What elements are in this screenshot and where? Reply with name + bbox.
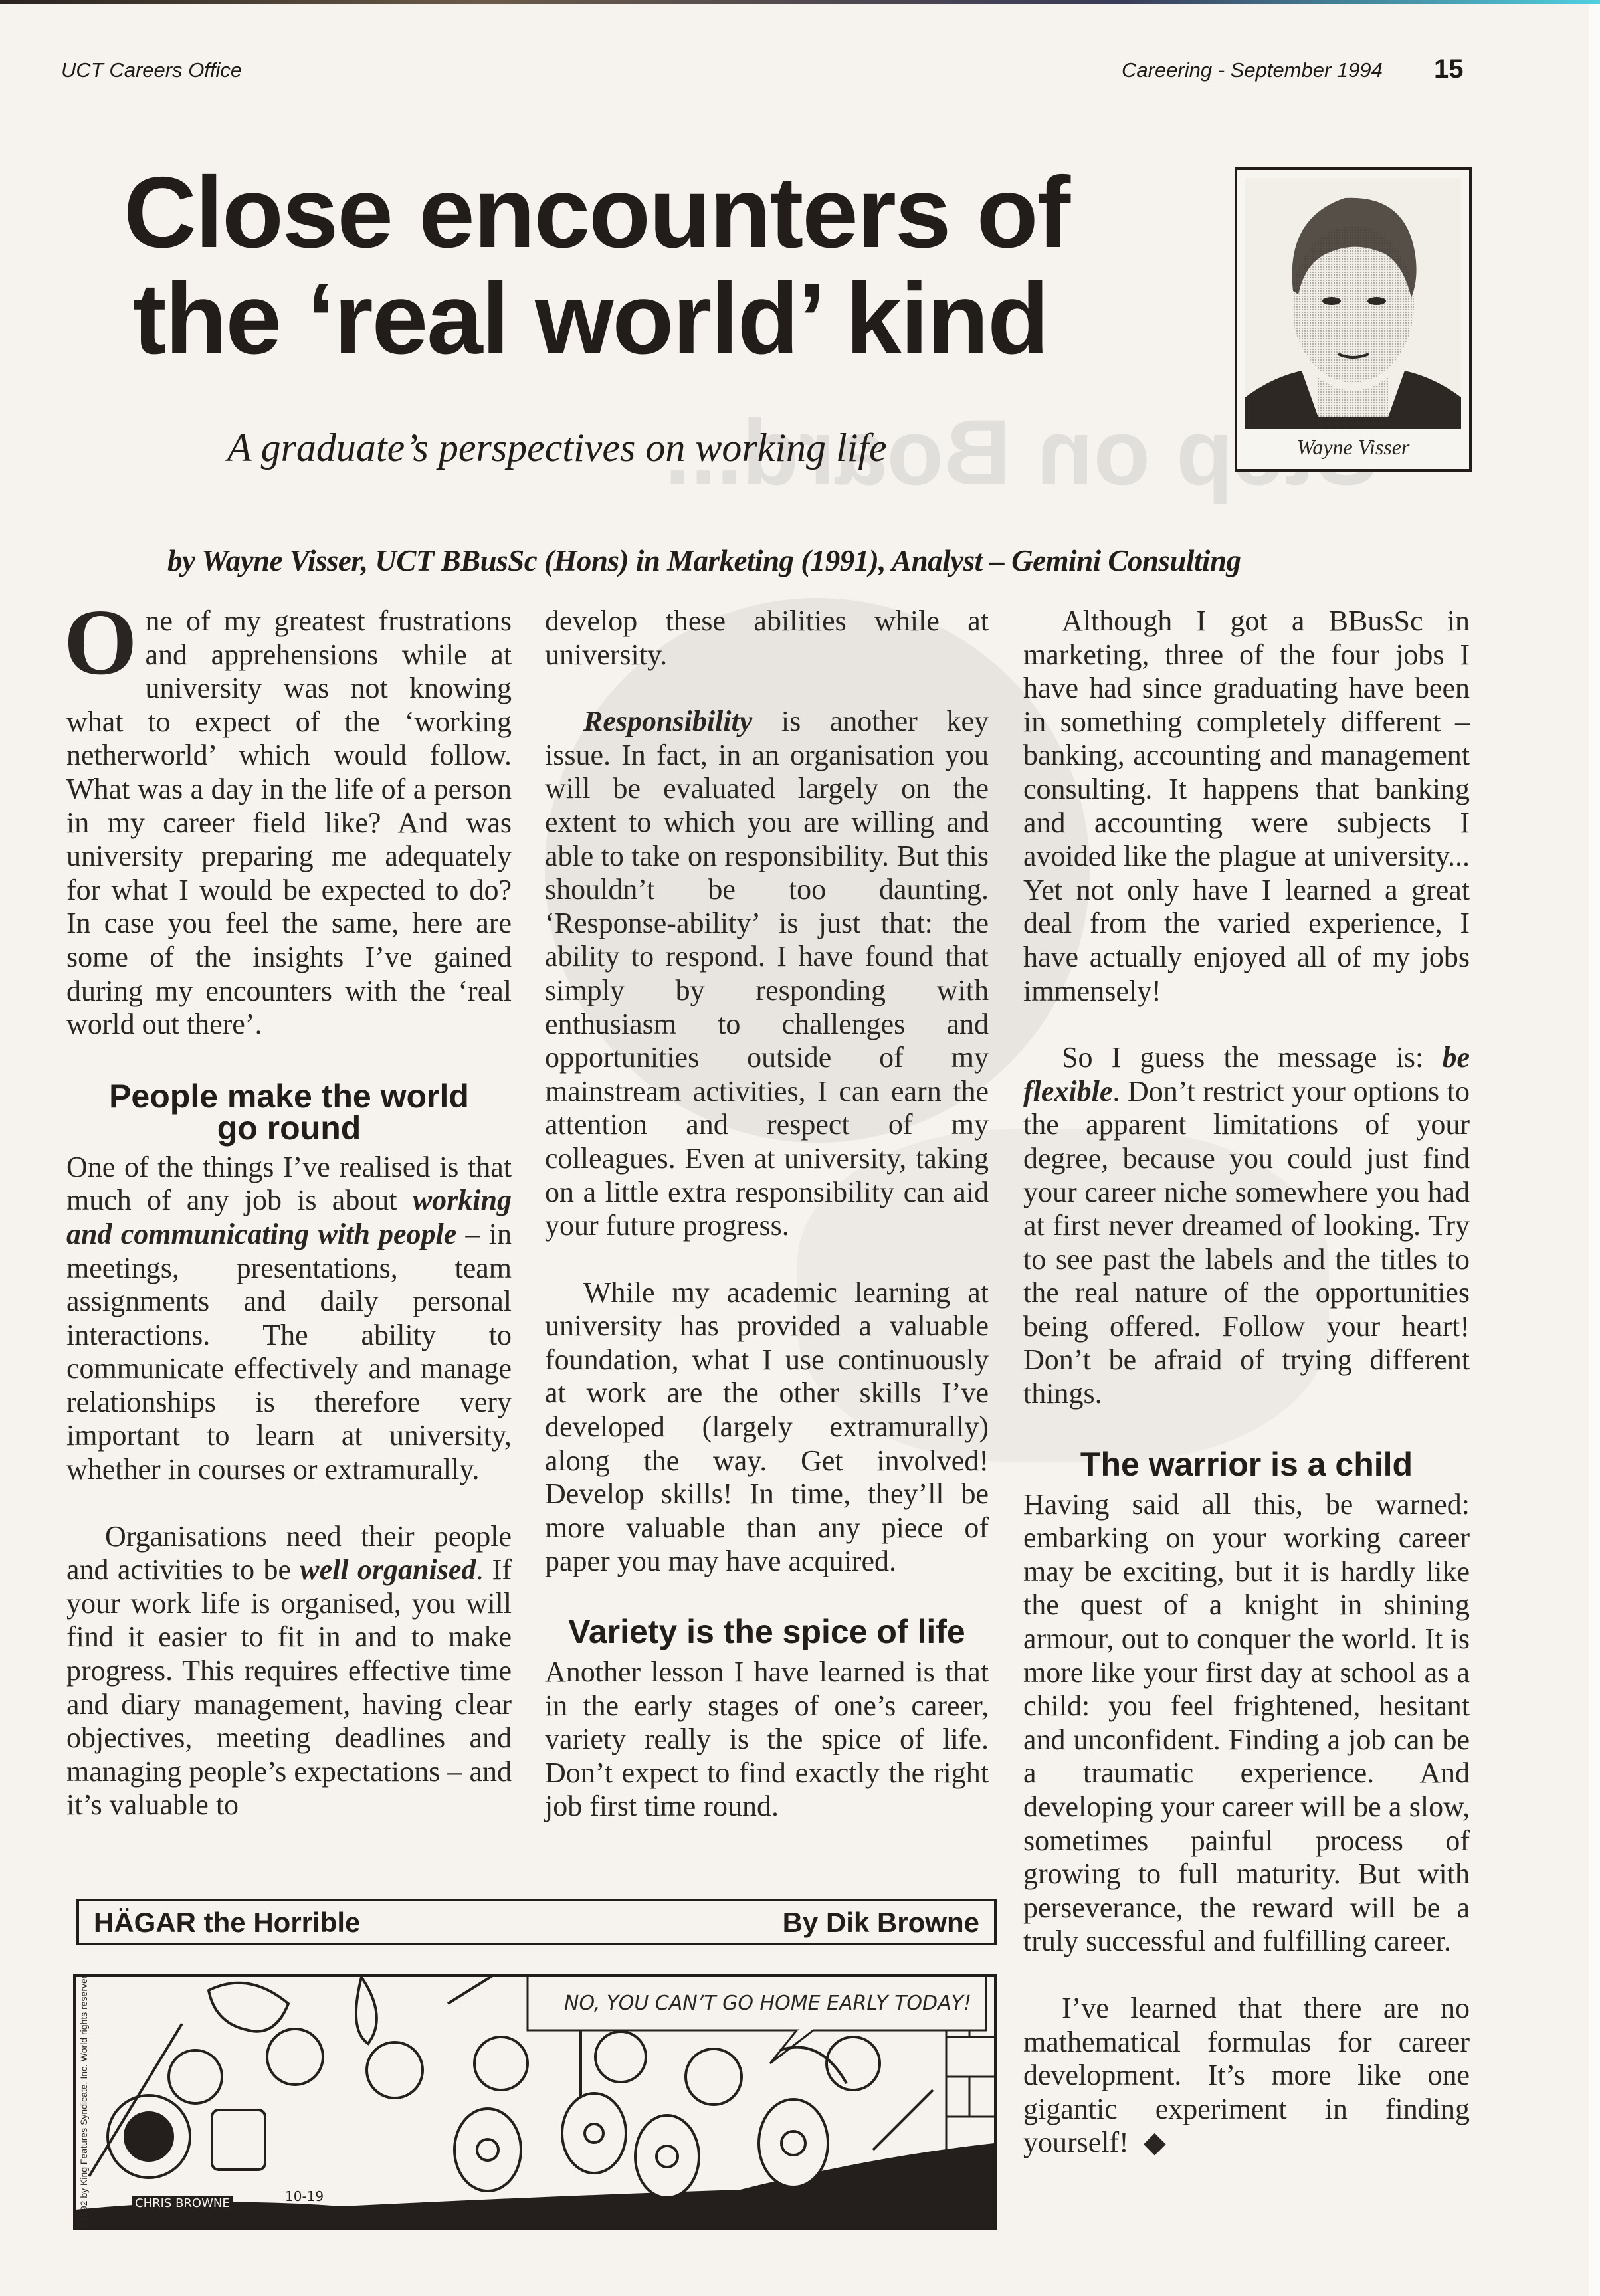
column-2: develop these abilities while at univers…	[545, 605, 989, 1824]
comic-date: 10-19	[285, 2188, 324, 2204]
end-diamond-icon: ◆	[1144, 2126, 1166, 2158]
byline: by Wayne Visser, UCT BBusSc (Hons) in Ma…	[167, 543, 1241, 578]
paragraph: Another lesson I have learned is that in…	[545, 1656, 989, 1824]
paragraph: Organisations need their people and acti…	[66, 1520, 512, 1822]
comic-panel: NO, YOU CAN’T GO HOME EARLY TODAY! CHRIS…	[73, 1974, 997, 2230]
paragraph: I’ve learned that there are no mathemati…	[1023, 1992, 1470, 2160]
paragraph: So I guess the message is: be flexible. …	[1023, 1041, 1470, 1411]
paragraph: Responsibility is another key issue. In …	[545, 705, 989, 1243]
header-publication: Careering - September 1994	[1122, 58, 1383, 82]
article-title-line-1: Close encounters of	[124, 162, 1069, 263]
page-number: 15	[1434, 54, 1464, 84]
paragraph: While my academic learning at university…	[545, 1276, 989, 1578]
paragraph: Although I got a BBusSc in marketing, th…	[1023, 605, 1470, 1008]
section-heading-warrior: The warrior is a child	[1023, 1448, 1470, 1480]
portrait-photo-icon	[1245, 178, 1461, 429]
author-photo-frame: Wayne Visser	[1235, 167, 1472, 472]
comic-title: HÄGAR the Horrible	[94, 1907, 360, 1939]
article-title-line-2: the ‘real world’ kind	[133, 268, 1048, 369]
header-section-label: UCT Careers Office	[61, 58, 242, 82]
photo-caption: Wayne Visser	[1237, 435, 1469, 460]
drop-cap: O	[64, 607, 137, 676]
article-subtitle: A graduate’s perspectives on working lif…	[227, 425, 887, 471]
column-1: One of my greatest frustrations and appr…	[66, 605, 512, 1822]
column-3: Although I got a BBusSc in marketing, th…	[1023, 605, 1470, 2160]
comic-author: By Dik Browne	[783, 1907, 979, 1939]
paragraph: develop these abilities while at univers…	[545, 605, 989, 672]
speech-balloon-text: NO, YOU CAN’T GO HOME EARLY TODAY!	[564, 1992, 971, 2015]
intro-paragraph: One of my greatest frustrations and appr…	[66, 605, 512, 1042]
comic-title-box: HÄGAR the Horrible By Dik Browne	[76, 1899, 997, 1945]
comic-copyright: ©1992 by King Features Syndicate, Inc. W…	[78, 1974, 89, 2228]
paragraph: Having said all this, be warned: embarki…	[1023, 1488, 1470, 1959]
comic-signature: CHRIS BROWNE	[132, 2196, 233, 2210]
section-heading-variety: Variety is the spice of life	[545, 1616, 989, 1648]
section-heading-people: People make the world go round	[66, 1080, 512, 1144]
paragraph: One of the things I’ve realised is that …	[66, 1151, 512, 1487]
